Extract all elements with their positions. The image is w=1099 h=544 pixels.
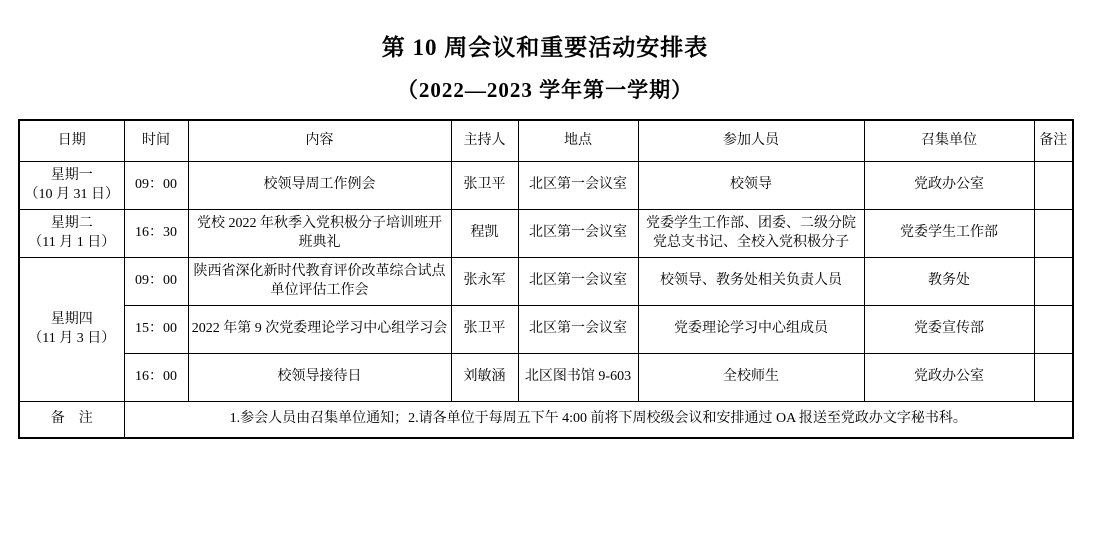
host-cell: 张卫平	[451, 162, 518, 210]
header-cell-date: 日期	[19, 120, 124, 162]
remark-cell	[1034, 162, 1073, 210]
time-cell: 16：00	[124, 354, 188, 402]
date-weekday: 星期四	[23, 311, 121, 330]
table-row-thursday-3: 16：00 校领导接待日 刘敏涵 北区图书馆 9-603 全校师生 党政办公室	[19, 354, 1073, 402]
page-subtitle: （2022—2023 学年第一学期）	[18, 78, 1072, 103]
content-cell: 校领导周工作例会	[188, 162, 451, 210]
header-cell-time: 时间	[124, 120, 188, 162]
date-calendar: （11 月 3 日）	[23, 330, 121, 349]
content-cell: 党校 2022 年秋季入党积极分子培训班开班典礼	[188, 210, 451, 258]
footer-remarks-label: 备 注	[19, 402, 124, 438]
table-row-monday: 星期一 （10 月 31 日） 09：00 校领导周工作例会 张卫平 北区第一会…	[19, 162, 1073, 210]
host-cell: 刘敏涵	[451, 354, 518, 402]
organizer-cell: 教务处	[864, 258, 1034, 306]
remark-cell	[1034, 306, 1073, 354]
location-cell: 北区第一会议室	[518, 306, 638, 354]
footer-remarks-note: 1.参会人员由召集单位通知；2.请各单位于每周五下午 4:00 前将下周校级会议…	[124, 402, 1073, 438]
table-row-tuesday: 星期二 （11 月 1 日） 16：30 党校 2022 年秋季入党积极分子培训…	[19, 210, 1073, 258]
location-cell: 北区第一会议室	[518, 258, 638, 306]
header-cell-content: 内容	[188, 120, 451, 162]
organizer-cell: 党政办公室	[864, 162, 1034, 210]
location-cell: 北区第一会议室	[518, 162, 638, 210]
remark-cell	[1034, 258, 1073, 306]
time-cell: 09：00	[124, 258, 188, 306]
time-cell: 09：00	[124, 162, 188, 210]
host-cell: 张卫平	[451, 306, 518, 354]
header-cell-participants: 参加人员	[638, 120, 864, 162]
content-cell: 校领导接待日	[188, 354, 451, 402]
participants-cell: 校领导	[638, 162, 864, 210]
content-cell: 陕西省深化新时代教育评价改革综合试点单位评估工作会	[188, 258, 451, 306]
remark-cell	[1034, 354, 1073, 402]
title-block: 第 10 周会议和重要活动安排表 （2022—2023 学年第一学期）	[18, 0, 1072, 103]
time-cell: 15：00	[124, 306, 188, 354]
location-cell: 北区第一会议室	[518, 210, 638, 258]
organizer-cell: 党政办公室	[864, 354, 1034, 402]
date-calendar: （10 月 31 日）	[23, 186, 121, 205]
header-cell-remarks: 备注	[1034, 120, 1073, 162]
host-cell: 程凯	[451, 210, 518, 258]
date-cell: 星期二 （11 月 1 日）	[19, 210, 124, 258]
header-cell-organizer: 召集单位	[864, 120, 1034, 162]
date-weekday: 星期二	[23, 215, 121, 234]
participants-cell: 党委理论学习中心组成员	[638, 306, 864, 354]
table-row-thursday-2: 15：00 2022 年第 9 次党委理论学习中心组学习会 张卫平 北区第一会议…	[19, 306, 1073, 354]
remark-cell	[1034, 210, 1073, 258]
header-cell-host: 主持人	[451, 120, 518, 162]
participants-cell: 校领导、教务处相关负责人员	[638, 258, 864, 306]
footer-row: 备 注 1.参会人员由召集单位通知；2.请各单位于每周五下午 4:00 前将下周…	[19, 402, 1073, 438]
organizer-cell: 党委宣传部	[864, 306, 1034, 354]
participants-cell: 党委学生工作部、团委、二级分院党总支书记、全校入党积极分子	[638, 210, 864, 258]
date-cell: 星期一 （10 月 31 日）	[19, 162, 124, 210]
page-title: 第 10 周会议和重要活动安排表	[18, 0, 1072, 62]
date-calendar: （11 月 1 日）	[23, 234, 121, 253]
date-weekday: 星期一	[23, 167, 121, 186]
content-cell: 2022 年第 9 次党委理论学习中心组学习会	[188, 306, 451, 354]
document-page: 第 10 周会议和重要活动安排表 （2022—2023 学年第一学期） 日期 时…	[0, 0, 1099, 544]
header-cell-location: 地点	[518, 120, 638, 162]
host-cell: 张永军	[451, 258, 518, 306]
location-cell: 北区图书馆 9-603	[518, 354, 638, 402]
schedule-table: 日期 时间 内容 主持人 地点 参加人员 召集单位 备注 星期一 （10 月 3…	[18, 119, 1074, 439]
organizer-cell: 党委学生工作部	[864, 210, 1034, 258]
header-row: 日期 时间 内容 主持人 地点 参加人员 召集单位 备注	[19, 120, 1073, 162]
date-cell: 星期四 （11 月 3 日）	[19, 258, 124, 402]
participants-cell: 全校师生	[638, 354, 864, 402]
time-cell: 16：30	[124, 210, 188, 258]
table-row-thursday-1: 星期四 （11 月 3 日） 09：00 陕西省深化新时代教育评价改革综合试点单…	[19, 258, 1073, 306]
